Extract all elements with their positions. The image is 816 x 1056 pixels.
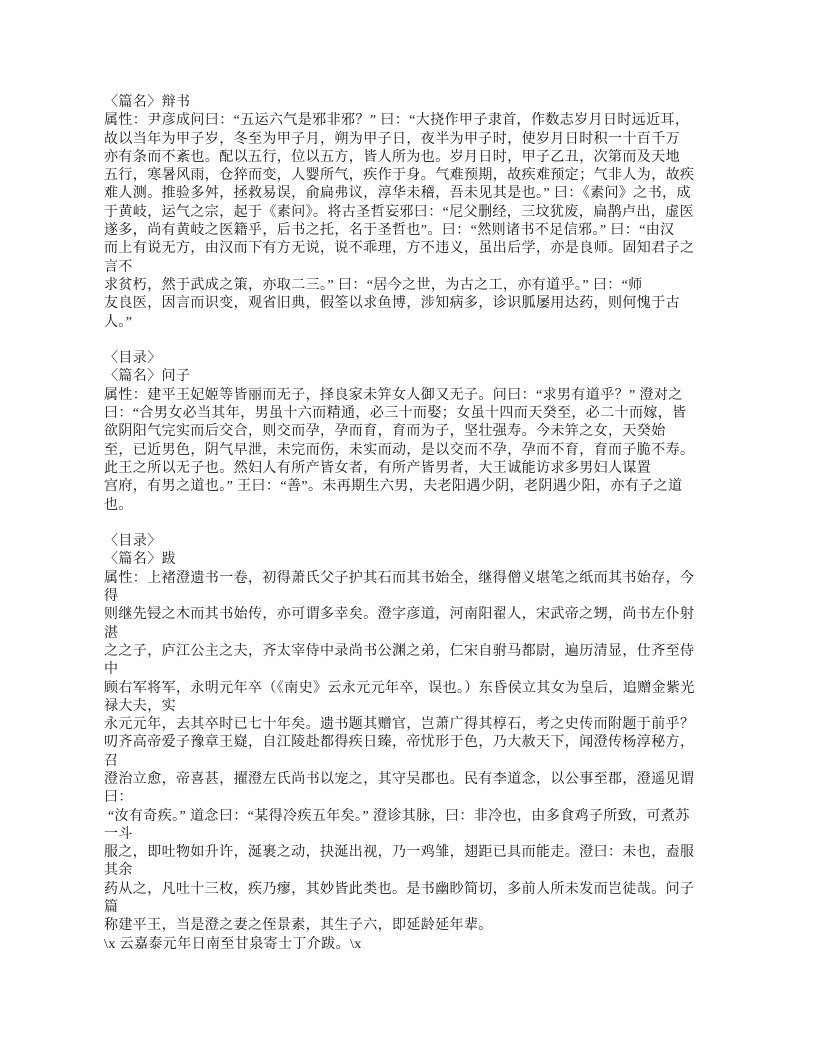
text-line: 〈篇名〉辩书	[104, 94, 720, 112]
text-line: 其余	[104, 862, 720, 880]
text-line: 〈目录〉	[104, 533, 720, 551]
text-line: 叨齐高帝爱子豫章王嶷，自江陵赴都得疾日臻，帝忧形于色，乃大赦天下，闻澄传杨淳秘方…	[104, 734, 720, 752]
text-line: 得	[104, 588, 720, 606]
text-line: 属性：尹彦成问曰：“五运六气是邪非邪？” 曰：“大挠作甲子隶首，作数志岁月日时远…	[104, 112, 720, 130]
text-line: 欲阴阳气完实而后交合，则交而孕，孕而育，育而为子，坚壮强寿。今未笄之女，天癸始	[104, 423, 720, 441]
text-line: “汝有奇疾。” 道念曰：“某得冷疾五年矣。” 澄诊其脉，曰：非冷也，由多食鸡子所…	[104, 808, 720, 826]
text-line: 此王之所以无子也。然妇人有所产皆女者，有所产皆男者，大王诚能访求多男妇人谋置	[104, 460, 720, 478]
text-line: 服之，即吐物如升许，涎裹之动，抉涎出视，乃一鸡雏，翅距已具而能走。澄曰：未也，盍…	[104, 844, 720, 862]
text-line: 之之子，庐江公主之夫，齐太宰侍中录尚书公渊之弟，仁宋自驸马都尉，遍历清显，仕齐至…	[104, 643, 720, 661]
text-line: 属性：建平王妃姬等皆丽而无子，择良家未笄女人御又无子。问曰：“求男有道乎？” 澄…	[104, 387, 720, 405]
text-line: 禄大夫，实	[104, 698, 720, 716]
text-line: 澄治立愈，帝喜甚，擢澄左氏尚书以宠之，其守吴郡也。民有李道念，以公事至郡，澄遥见…	[104, 771, 720, 789]
section-wenzi: 〈目录〉〈篇名〉问子属性：建平王妃姬等皆丽而无子，择良家未笄女人御又无子。问曰：…	[104, 350, 720, 515]
text-line: 〈目录〉	[104, 350, 720, 368]
text-line: 篇	[104, 899, 720, 917]
text-line: 遂多，尚有黄岐之医籍乎，后书之托，名于圣哲也”。曰：“然则诸书不足信邪。” 曰：…	[104, 222, 720, 240]
text-line: 于黄岐，运气之宗，起于《素问》。将古圣哲妄邪曰：“尼父删经，三坟犹废，扁鹊卢出，…	[104, 204, 720, 222]
text-line: \x 云嘉泰元年日南至甘泉寄士丁介跋。\x	[104, 936, 720, 954]
text-line: 〈篇名〉跋	[104, 551, 720, 569]
text-line: 称建平王，当是澄之妻之侄景素，其生子六，即延龄延年辈。	[104, 917, 720, 935]
document-body: 〈篇名〉辩书属性：尹彦成问曰：“五运六气是邪非邪？” 曰：“大挠作甲子隶首，作数…	[104, 94, 720, 954]
text-line: 故以当年为甲子岁，冬至为甲子月，朔为甲子日，夜半为甲子时，使岁月日时积一十百千万	[104, 131, 720, 149]
text-line: 宫府，有男之道也。” 王曰：“善”。未再期生六男，夫老阳遇少阴，老阴遇少阳，亦有…	[104, 478, 720, 496]
text-line: 难人测。推验多舛，拯救易误，俞扁弗议，淳华未稽，吾未见其是也。” 曰：《素问》之…	[104, 185, 720, 203]
text-line: 也。	[104, 497, 720, 515]
text-line: 属性：上褚澄遗书一卷，初得萧氏父子护其石而其书始全，继得僧义堪笔之纸而其书始存，…	[104, 570, 720, 588]
text-line: 中	[104, 661, 720, 679]
text-line: 召	[104, 753, 720, 771]
text-line: 药从之，凡吐十三枚，疾乃瘳，其妙皆此类也。是书幽眇简切，多前人所未发而岂徒哉。问…	[104, 881, 720, 899]
section-bianshu: 〈篇名〉辩书属性：尹彦成问曰：“五运六气是邪非邪？” 曰：“大挠作甲子隶首，作数…	[104, 94, 720, 332]
text-line: 〈篇名〉问子	[104, 368, 720, 386]
text-line: 永元元年，去其卒时已七十年矣。遗书题其赠官，岂萧广得其椁石，考之史传而附题于前乎…	[104, 716, 720, 734]
text-line: 顾右军将军，永明元年卒（《南史》云永元元年卒，误也。）东昏侯立其女为皇后，追赠金…	[104, 680, 720, 698]
text-line: 湛	[104, 625, 720, 643]
text-line: 而上有说无方，由汉而下有方无说，说不乖理，方不违义，虽出后学，亦是良师。固知君子…	[104, 240, 720, 258]
text-line: 亦有条而不紊也。配以五行，位以五方，皆人所为也。岁月日时，甲子乙丑，次第而及天地	[104, 149, 720, 167]
section-ba: 〈目录〉〈篇名〉跋属性：上褚澄遗书一卷，初得萧氏父子护其石而其书始全，继得僧义堪…	[104, 533, 720, 954]
text-line: 人。”	[104, 314, 720, 332]
text-line: 友良医，因言而识变，观省旧典，假筌以求鱼博，涉知病多，诊识胍屡用达药，则何愧于古	[104, 295, 720, 313]
text-line: 求贫朽，然于武成之策，亦取二三。” 曰：“居今之世，为古之工，亦有道乎。” 曰：…	[104, 277, 720, 295]
text-line: 言不	[104, 259, 720, 277]
text-line: 五行，寒暑风雨，仓猝而变，人婴所气，疾作于身。气难预期，故疾难预定；气非人为，故…	[104, 167, 720, 185]
document-page: 〈篇名〉辩书属性：尹彦成问曰：“五运六气是邪非邪？” 曰：“大挠作甲子隶首，作数…	[0, 0, 816, 1056]
text-line: 一斗	[104, 826, 720, 844]
text-line: 曰：“合男女必当其年，男虽十六而精通，必三十而娶；女虽十四而天癸至，必二十而嫁，…	[104, 405, 720, 423]
text-line: 曰：	[104, 789, 720, 807]
text-line: 至，已近男色，阴气早泄，未完而伤，未实而动，是以交而不孕，孕而不育，育而子脆不寿…	[104, 442, 720, 460]
text-line: 则继先锓之木而其书始传，亦可谓多幸矣。澄字彦道，河南阳翟人，宋武帝之甥，尚书左仆…	[104, 606, 720, 624]
